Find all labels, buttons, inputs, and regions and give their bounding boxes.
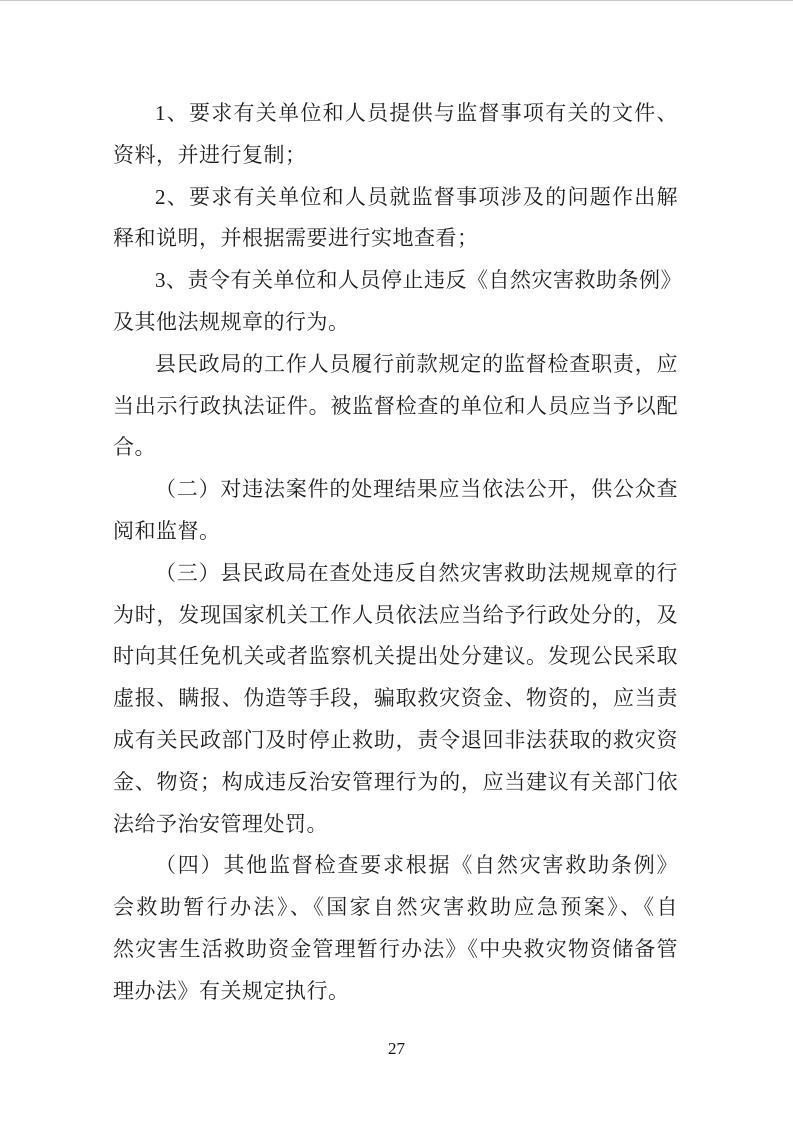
paragraph: 1、要求有关单位和人员提供与监督事项有关的文件、 资料，并进行复制； — [113, 93, 678, 177]
text-line: 阅和监督。 — [113, 511, 678, 553]
text-line: 3、责令有关单位和人员停止违反《自然灾害救助条例》 — [113, 260, 678, 302]
document-page: 1、要求有关单位和人员提供与监督事项有关的文件、 资料，并进行复制； 2、要求有… — [0, 0, 793, 1122]
text-line: 理办法》有关规定执行。 — [113, 971, 678, 1013]
text-line: 会救助暂行办法》、《国家自然灾害救助应急预案》、《自 — [113, 887, 678, 929]
paragraph: （三）县民政局在查处违反自然灾害救助法规规章的行 为时，发现国家机关工作人员依法… — [113, 553, 678, 846]
document-body: 1、要求有关单位和人员提供与监督事项有关的文件、 资料，并进行复制； 2、要求有… — [113, 93, 678, 1013]
page-number: 27 — [0, 1038, 793, 1060]
text-line: （三）县民政局在查处违反自然灾害救助法规规章的行 — [113, 553, 678, 595]
paragraph: （四）其他监督检查要求根据《自然灾害救助条例》《社 会救助暂行办法》、《国家自然… — [113, 845, 678, 1012]
text-line: 当出示行政执法证件。被监督检查的单位和人员应当予以配 — [113, 386, 678, 428]
text-line: 金、物资；构成违反治安管理行为的，应当建议有关部门依 — [113, 762, 678, 804]
text-line: 法给予治安管理处罚。 — [113, 804, 678, 846]
text-line: （二）对违法案件的处理结果应当依法公开，供公众查 — [113, 469, 678, 511]
paragraph: 3、责令有关单位和人员停止违反《自然灾害救助条例》 及其他法规规章的行为。 — [113, 260, 678, 344]
page-top-scan-edge — [0, 0, 793, 1]
text-line: 合。 — [113, 427, 678, 469]
text-line: 2、要求有关单位和人员就监督事项涉及的问题作出解 — [113, 177, 678, 219]
text-line: 然灾害生活救助资金管理暂行办法》《中央救灾物资储备管 — [113, 929, 678, 971]
paragraph: （二）对违法案件的处理结果应当依法公开，供公众查 阅和监督。 — [113, 469, 678, 553]
paragraph: 县民政局的工作人员履行前款规定的监督检查职责，应 当出示行政执法证件。被监督检查… — [113, 344, 678, 469]
text-line: 资料，并进行复制； — [113, 135, 678, 177]
text-line: 为时，发现国家机关工作人员依法应当给予行政处分的，及 — [113, 595, 678, 637]
text-line: 县民政局的工作人员履行前款规定的监督检查职责，应 — [113, 344, 678, 386]
text-line: 时向其任免机关或者监察机关提出处分建议。发现公民采取 — [113, 636, 678, 678]
paragraph: 2、要求有关单位和人员就监督事项涉及的问题作出解 释和说明，并根据需要进行实地查… — [113, 177, 678, 261]
text-line: （四）其他监督检查要求根据《自然灾害救助条例》《社 — [113, 845, 678, 887]
text-line: 1、要求有关单位和人员提供与监督事项有关的文件、 — [113, 93, 678, 135]
text-line: 成有关民政部门及时停止救助，责令退回非法获取的救灾资 — [113, 720, 678, 762]
text-line: 及其他法规规章的行为。 — [113, 302, 678, 344]
text-line: 释和说明，并根据需要进行实地查看； — [113, 218, 678, 260]
text-line: 虚报、瞒报、伪造等手段，骗取救灾资金、物资的，应当责 — [113, 678, 678, 720]
